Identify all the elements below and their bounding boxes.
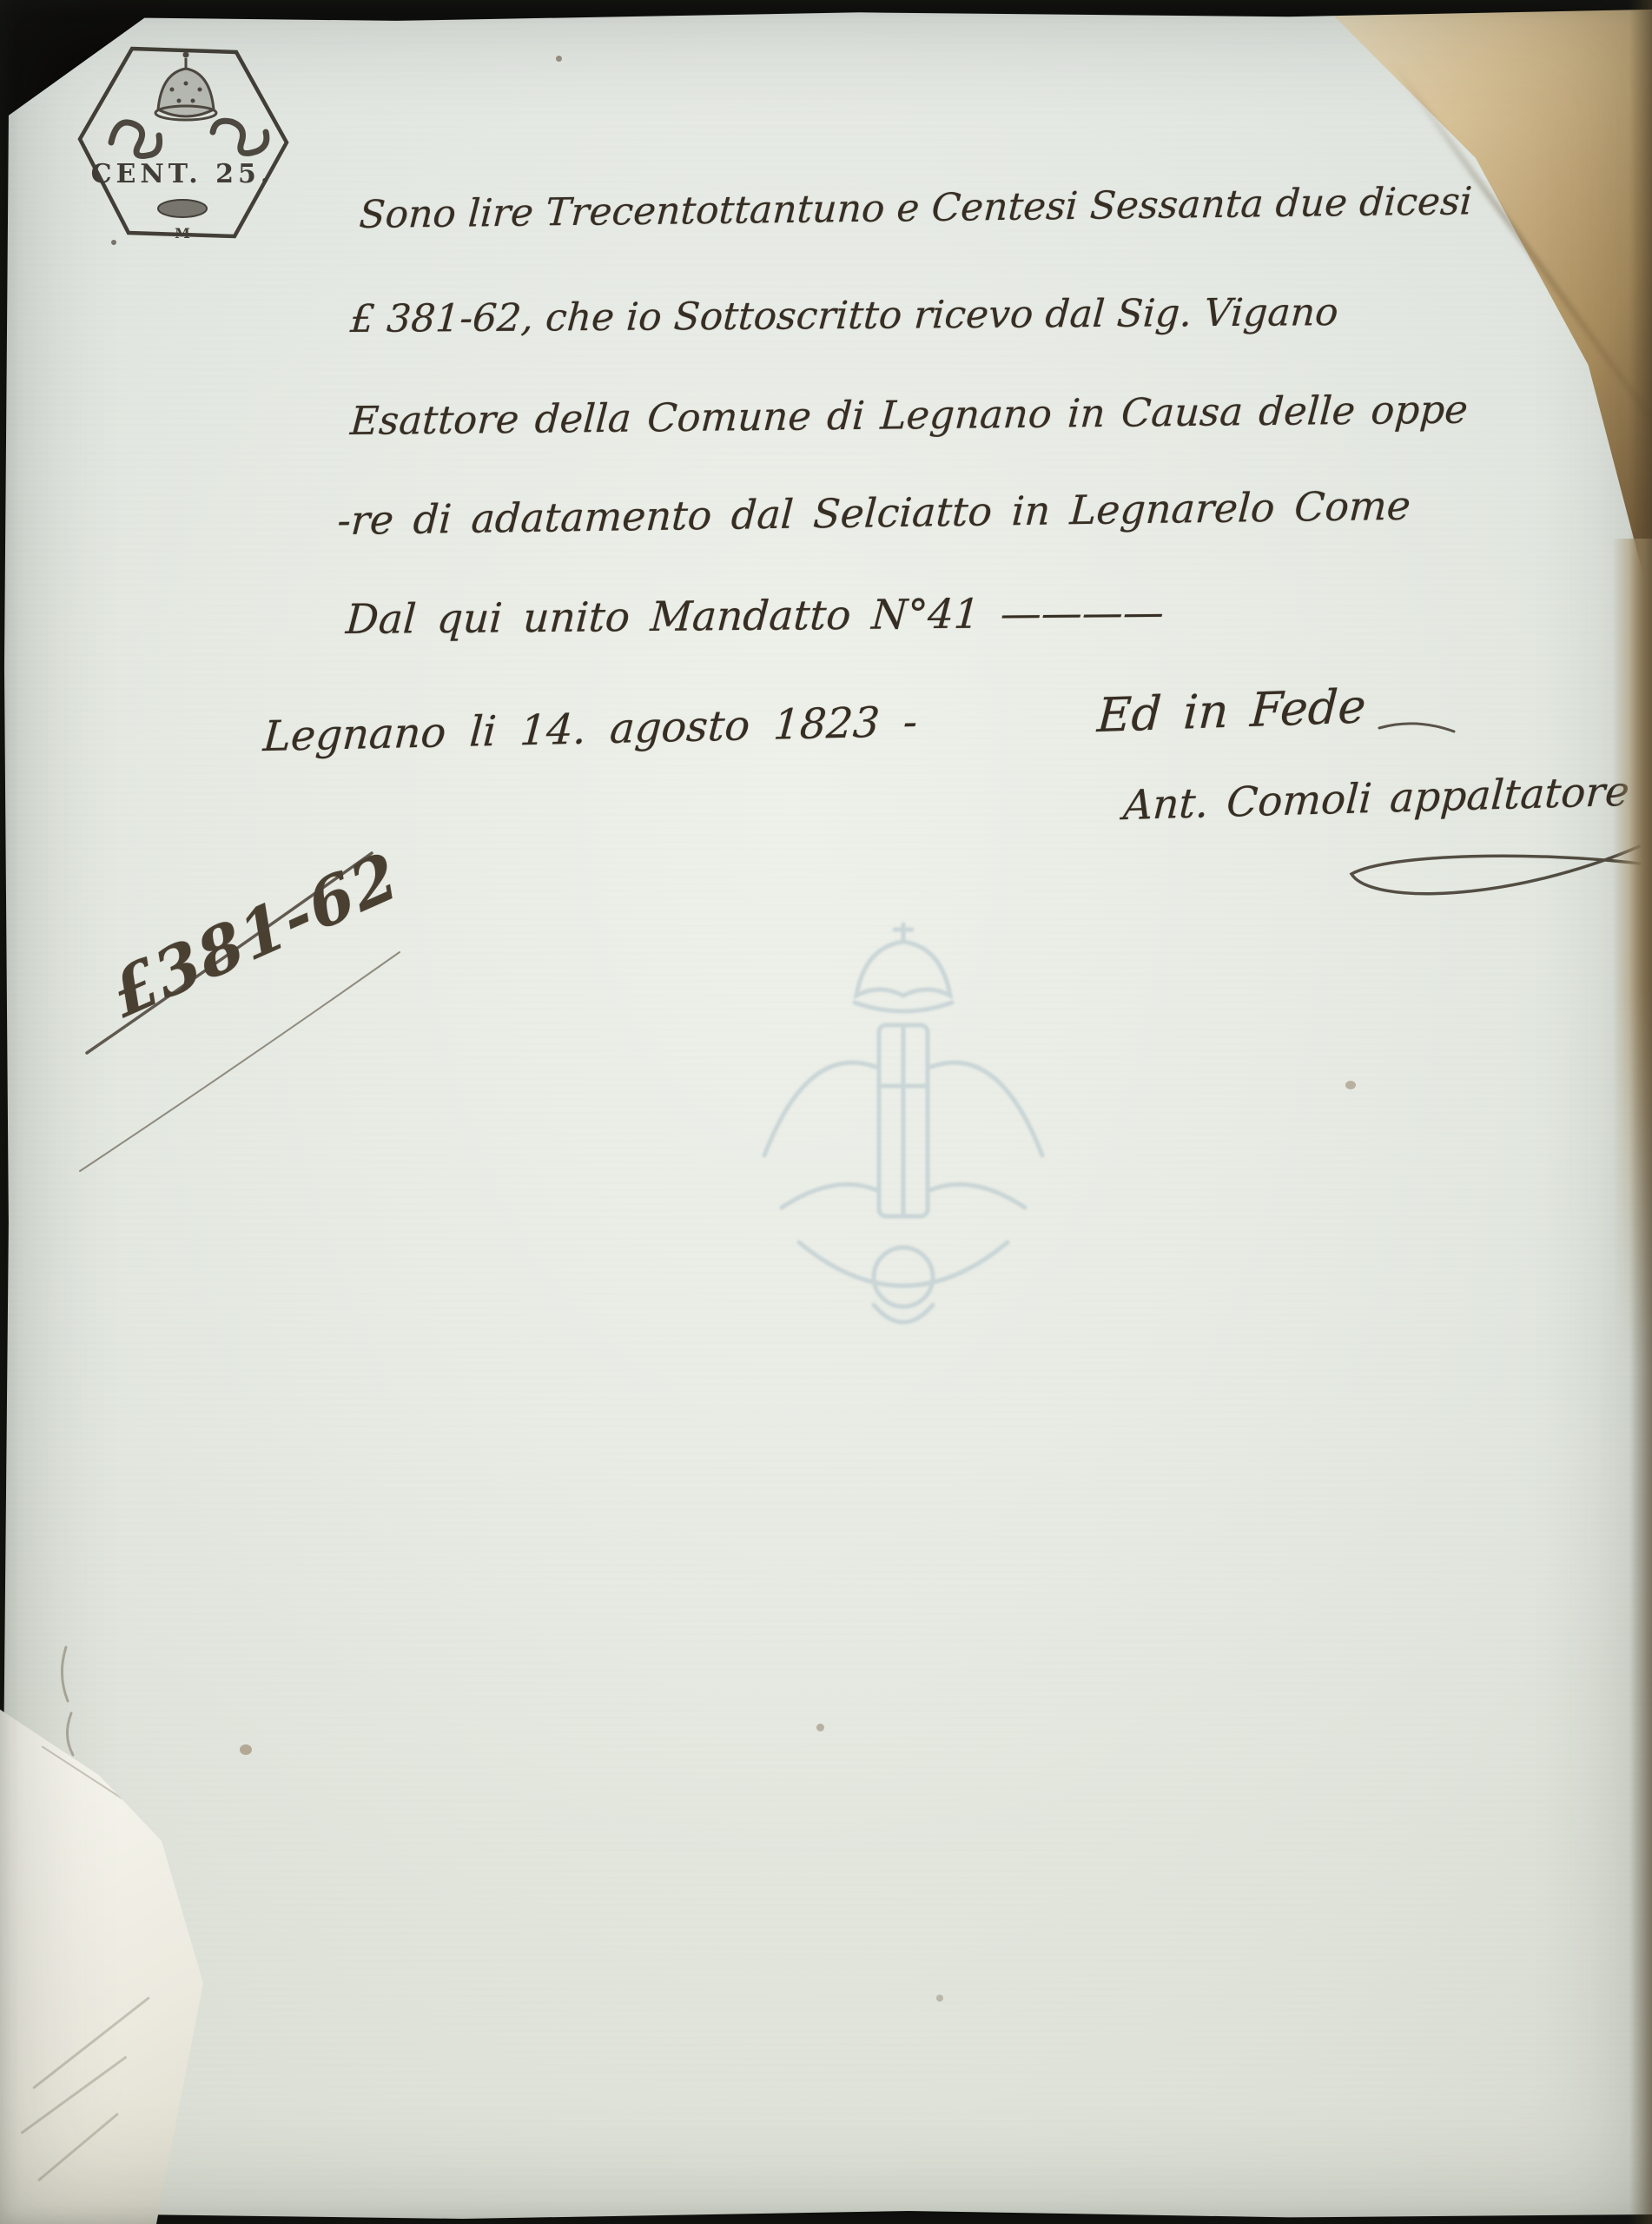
sheet-stroke <box>20 2055 127 2135</box>
ink-flourishes <box>0 0 1652 2224</box>
margin-rule-upper <box>87 853 372 1053</box>
sheet-stroke <box>37 2113 119 2181</box>
attestation-flourish <box>1379 724 1454 731</box>
signature-flourish <box>1351 846 1640 894</box>
margin-rule-lower <box>80 952 400 1171</box>
scanned-receipt-page: { "document_type": "handwritten-receipt-… <box>0 0 1652 2224</box>
right-page-edge <box>1612 539 1652 1364</box>
sheet-stroke <box>32 1996 150 2089</box>
